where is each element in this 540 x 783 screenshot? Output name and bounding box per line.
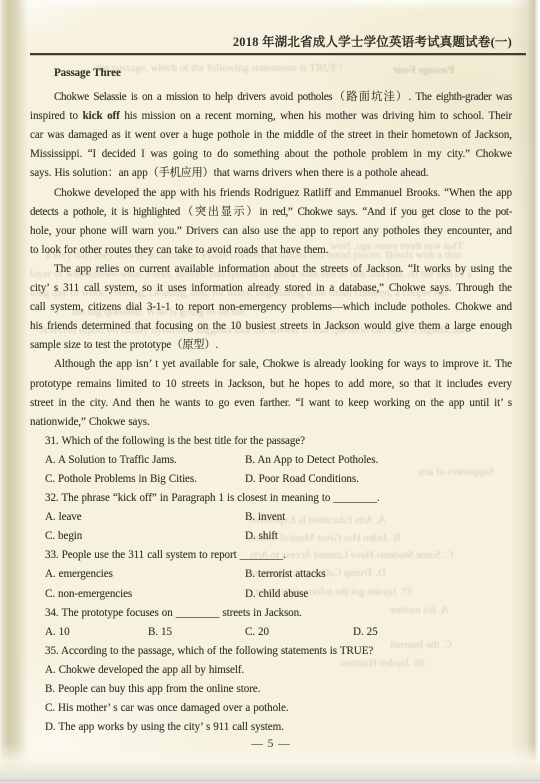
page-body: Passage Three Chokwe Selassie is on a mi… — [30, 64, 512, 750]
passage-line: sample size to test the prototype（原型）. — [30, 336, 512, 355]
passage-line: to look for other routes they can take t… — [30, 241, 512, 260]
option-33-b: B. terrorist attacks — [245, 568, 325, 580]
question-31-options-row: C. Pothole Problems in Big Cities.D. Poo… — [30, 470, 512, 489]
passage-text: inspired to — [30, 110, 83, 122]
passage-line: detects a pothole, it is highlighted（突出显… — [30, 203, 512, 222]
passage-line: Mississippi. “I decided I was going to d… — [30, 145, 512, 164]
option-33-a: A. emergencies — [45, 565, 245, 584]
option-32-a: A. leave — [45, 508, 245, 527]
passage-line: hole, your phone will warn you.” Drivers… — [30, 222, 512, 241]
option-35-c: C. His mother’ s car was once damaged ov… — [30, 699, 512, 718]
paper-top-edge — [0, 0, 540, 10]
option-34-b: B. 15 — [148, 623, 245, 642]
question-33-stem: 33. People use the 311 call system to re… — [30, 546, 512, 565]
passage-line: prototype remains limited to 10 streets … — [30, 375, 512, 394]
option-34-c: C. 20 — [245, 623, 353, 642]
question-32-options-row: C. beginD. shift — [30, 527, 512, 546]
question-32-stem: 32. The phrase “kick off” in Paragraph 1… — [30, 489, 512, 508]
header-rule — [30, 53, 526, 55]
paper-left-edge — [0, 0, 28, 783]
passage-line: inspired to kick off his mission on a re… — [30, 107, 512, 126]
option-32-d: D. shift — [245, 530, 278, 542]
passage-text: his mission on a recent morning, when hi… — [120, 110, 512, 122]
option-32-b: B. invent — [245, 511, 285, 523]
option-32-c: C. begin — [45, 527, 245, 546]
passage-line: car was damaged as it went over a huge p… — [30, 126, 512, 145]
page-number: — 5 — — [30, 738, 512, 750]
option-31-c: C. Pothole Problems in Big Cities. — [45, 470, 245, 489]
question-34-stem: 34. The prototype focuses on ________ st… — [30, 604, 512, 623]
exam-header-title: 2018 年湖北省成人学士学位英语考试真题试卷(一) — [30, 34, 512, 51]
passage-line: Although the app isn’ t yet available fo… — [30, 355, 512, 374]
option-33-c: C. non-emergencies — [45, 585, 245, 604]
passage-line: nationwide,” Chokwe says. — [30, 413, 512, 432]
option-33-d: D. child abuse — [245, 588, 308, 600]
question-33-options-row: C. non-emergenciesD. child abuse — [30, 585, 512, 604]
option-31-d: D. Poor Road Conditions. — [245, 473, 359, 485]
option-31-a: A. A Solution to Traffic Jams. — [45, 451, 245, 470]
option-31-b: B. An App to Detect Potholes. — [245, 454, 378, 466]
passage-line: street in the city. And then he wants to… — [30, 394, 512, 413]
passage-line: Chokwe developed the app with his friend… — [30, 184, 512, 203]
question-31-options-row: A. A Solution to Traffic Jams.B. An App … — [30, 451, 512, 470]
page-column: 2018 年湖北省成人学士学位英语考试真题试卷(一) Passage Three… — [30, 34, 512, 750]
bold-phrase-kick-off: kick off — [83, 110, 120, 122]
passage-label: Passage Three — [30, 64, 512, 83]
option-35-a: A. Chokwe developed the app all by himse… — [30, 661, 512, 680]
passage-line: call system, citizens dial 3-1-1 to repo… — [30, 298, 512, 317]
passage-line: says. His solution：an app（手机应用）that warn… — [30, 164, 512, 183]
option-35-d: D. The app works by using the city’ s 91… — [30, 718, 512, 737]
question-34-options-row: A. 10B. 15C. 20D. 25 — [30, 623, 512, 642]
paper-right-edge — [510, 0, 540, 783]
passage-line: The app relies on current available info… — [30, 260, 512, 279]
question-33-options-row: A. emergenciesB. terrorist attacks — [30, 565, 512, 584]
option-34-d: D. 25 — [353, 626, 378, 638]
option-34-a: A. 10 — [45, 623, 148, 642]
option-35-b: B. People can buy this app from the onli… — [30, 680, 512, 699]
question-32-options-row: A. leaveB. invent — [30, 508, 512, 527]
question-31-stem: 31. Which of the following is the best t… — [30, 432, 512, 451]
passage-line: city’ s 311 call system, so it uses info… — [30, 279, 512, 298]
passage-line: Chokwe Selassie is on a mission to help … — [30, 88, 512, 107]
scanned-exam-page: the passage, which of the following stat… — [0, 0, 540, 783]
passage-line: his friends determined that focusing on … — [30, 317, 512, 336]
question-35-stem: 35. According to the passage, which of t… — [30, 642, 512, 661]
